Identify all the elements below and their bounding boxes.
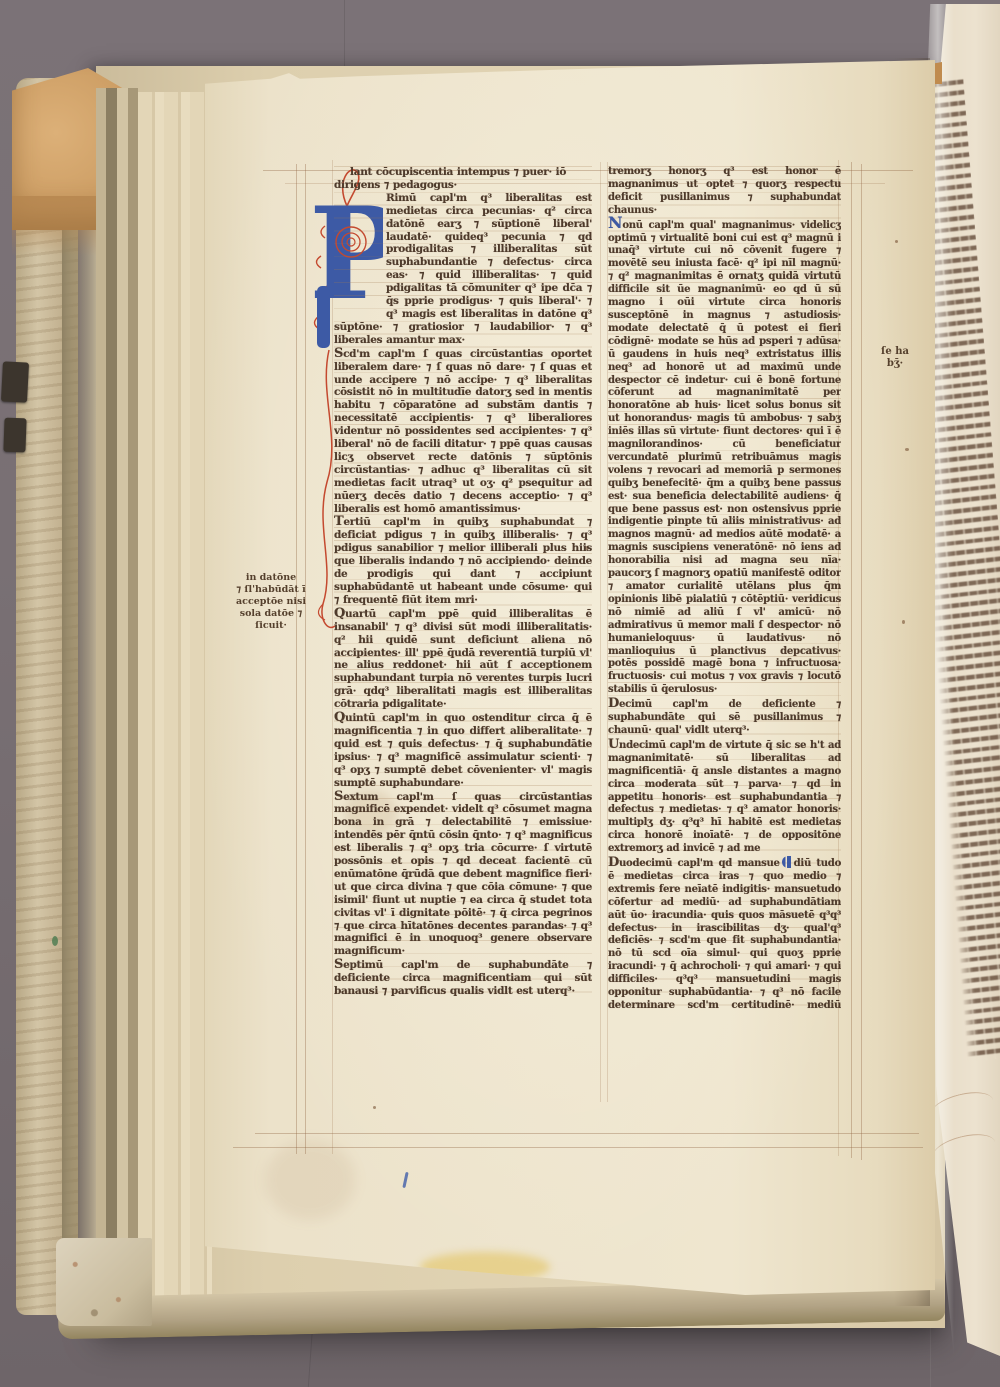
- text-column-left: lant̄ cōcupiscentia intempus ⁊ puer· iō …: [334, 166, 592, 996]
- chapter-text: uintū capl'm in quo ostenditur circa q̄ …: [334, 712, 592, 789]
- ruling-line: [255, 1133, 919, 1134]
- mid-paraph-mark: [782, 856, 791, 868]
- chapter-text-continued: diū tudo ē medietas circa iras ⁊ quo med…: [608, 858, 841, 1012]
- chapter-entry: Nonū capl'm qual' magnanimus· videlicʒ o…: [608, 218, 841, 698]
- chapter-text: lant̄ cōcupiscentia intempus ⁊ puer· iō …: [334, 166, 566, 191]
- page-edge-strip: [106, 88, 117, 1310]
- chapter-initial: S: [334, 789, 343, 804]
- chapter-text: ecimū capl'm de deficiente ⁊ suphabundāt…: [608, 699, 841, 736]
- page-edge-strip: [117, 88, 128, 1310]
- ink-speck: [905, 448, 909, 451]
- chapter-text: onū capl'm qual' magnanimus· videlicʒ op…: [608, 220, 841, 696]
- ruling-line: [296, 164, 297, 1154]
- chapter-entry: Quartū capl'm ppē quid illiberalitas ē i…: [334, 607, 592, 711]
- backdrop-crease: [344, 0, 345, 70]
- metal-clasp: [1, 361, 29, 402]
- chapter-entry: Septimū capl'm de suphabundāte ⁊ deficie…: [334, 958, 592, 996]
- page-edge-strip: [96, 88, 106, 1310]
- chapter-entry: Sextum capl'm ſ quas circūstantias magni…: [334, 790, 592, 959]
- blue-ink-mark: [402, 1172, 408, 1188]
- ruling-line: [851, 162, 852, 1158]
- manuscript-photo: P lant̄ cōcupiscentia intempus ⁊ puer· i…: [0, 0, 1000, 1387]
- chapter-text: uartū capl'm ppē quid illiberalitas ē in…: [334, 608, 592, 710]
- chapter-entry: Quintū capl'm in quo ostenditur circa q̄…: [334, 711, 592, 789]
- marginal-gloss-left: in datōne ⁊ ſl'habūdāt ī acceptōe nisi s…: [229, 572, 313, 632]
- chapter-text: eptimū capl'm de suphabundāte ⁊ deficien…: [334, 959, 592, 996]
- chapter-text: ndecimū capl'm de virtute q̄ sic se h't …: [608, 740, 841, 854]
- chapter-entry: Tertiū capl'm in quibʒ suphabundat ⁊ def…: [334, 515, 592, 606]
- page-edge-strip: [128, 88, 138, 1310]
- page-edge-stack: [138, 92, 212, 1310]
- chapter-text: cd'm capl'm ſ quas circūstantias oportet…: [334, 348, 592, 515]
- chapter-text: ertiū capl'm in quibʒ suphabundat ⁊ defi…: [334, 516, 592, 605]
- chapter-text: tremorʒ honorʒ q³ est honor ē magnanimus…: [608, 166, 841, 216]
- chapter-initial: T: [334, 514, 343, 529]
- worn-bottom-corner: [56, 1238, 152, 1326]
- chapter-entry: Rimū capl'm q³ liberalitas est medietas …: [334, 192, 592, 347]
- text-column-right: tremorʒ honorʒ q³ est honor ē magnanimus…: [608, 166, 841, 1012]
- chapter-entry: Duodecimū capl'm qd mansuediū tudo ē med…: [608, 856, 841, 1012]
- ruling-line: [600, 162, 601, 1102]
- ruling-line: [861, 164, 862, 1160]
- chapter-entry: Undecimū capl'm de virtute q̄ sic se h't…: [608, 738, 841, 856]
- chapter-text: Rimū capl'm q³ liberalitas est medietas …: [334, 192, 592, 346]
- ink-speck: [895, 240, 898, 243]
- chapter-text: uodecimū capl'm qd mansue: [619, 858, 780, 869]
- marginal-gloss-right: ſe ha bʒ̄·: [873, 346, 917, 370]
- ink-speck: [902, 620, 905, 624]
- chapter-entry: Scd'm capl'm ſ quas circūstantias oporte…: [334, 347, 592, 516]
- ruling-line: [233, 1147, 923, 1148]
- chapter-text: extum capl'm ſ quas circūstantias magnif…: [334, 791, 592, 958]
- chapter-initial: Q: [334, 606, 345, 621]
- verdigris-speck: [52, 936, 58, 946]
- chapter-entry: Decimū capl'm de deficiente ⁊ suphabundā…: [608, 697, 841, 738]
- chapter-initial: D: [608, 696, 619, 711]
- chapter-initial: N: [608, 213, 622, 232]
- chapter-entry: lant̄ cōcupiscentia intempus ⁊ puer· iō …: [334, 166, 592, 192]
- chapter-initial: S: [334, 346, 343, 361]
- chapter-initial: U: [608, 737, 619, 752]
- chapter-entry: tremorʒ honorʒ q³ est honor ē magnanimus…: [608, 166, 841, 218]
- chapter-initial: S: [334, 957, 343, 972]
- metal-clasp: [3, 418, 26, 453]
- manuscript-page: P lant̄ cōcupiscentia intempus ⁊ puer· i…: [205, 60, 935, 1310]
- chapter-initial: Q: [334, 710, 345, 725]
- chapter-initial: D: [608, 855, 619, 870]
- parchment-stain: [265, 1140, 355, 1220]
- ink-speck: [373, 1106, 376, 1109]
